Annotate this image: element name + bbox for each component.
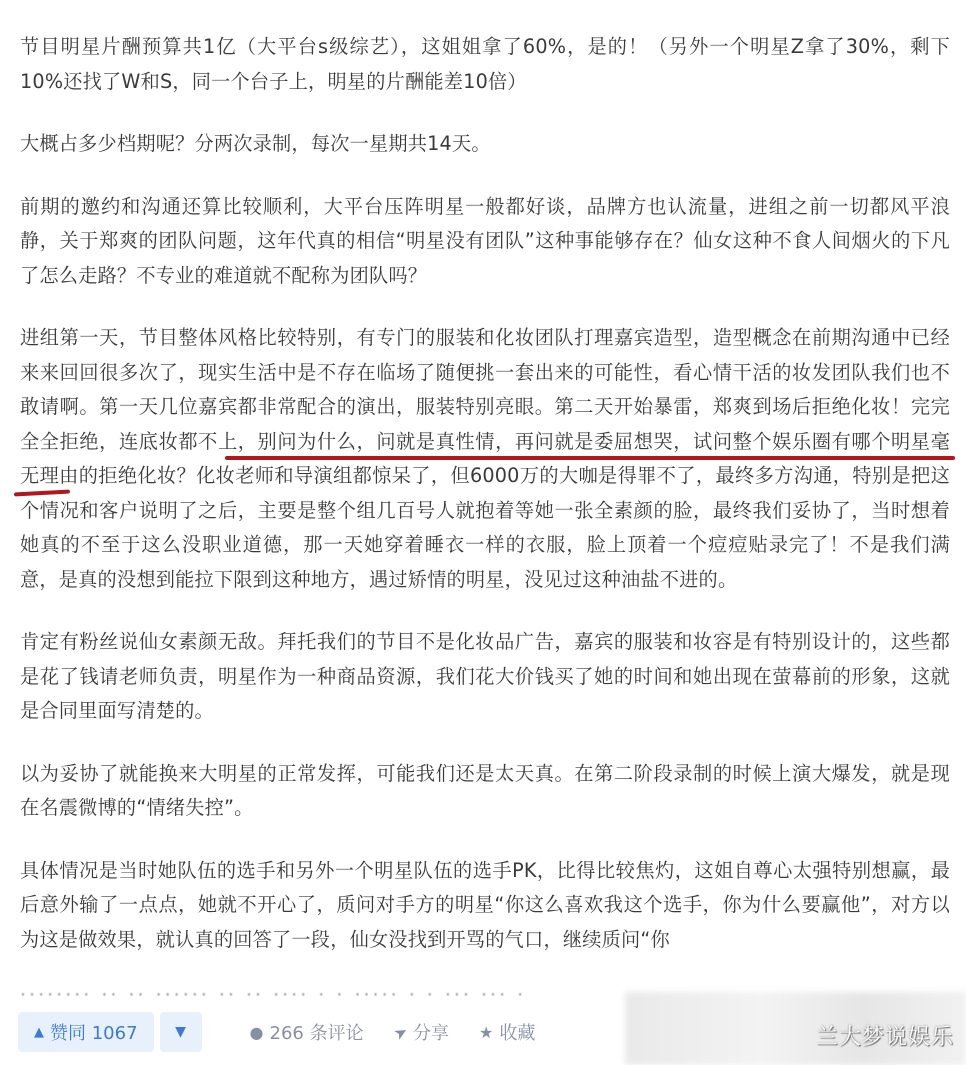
red-underline-annotation [225, 456, 955, 460]
upvote-label: 赞同 1067 [50, 1019, 138, 1045]
paragraph-text-after: ，试问整个娱乐圈有哪个明星毫无理由的拒绝化妆？化妆老师和导演组都惊呆了，但600… [20, 430, 950, 591]
share-button[interactable]: ➤ 分享 [394, 1019, 449, 1045]
comment-bubble-icon: ● [250, 1023, 264, 1042]
star-icon: ★ [479, 1023, 493, 1042]
paragraph-text-before: 进组第一天，节目整体风格比较特别，有专门的服装和化妆团队打理嘉宾造型，造型概念在… [20, 326, 950, 418]
upvote-button[interactable]: ▲ 赞同 1067 [18, 1012, 154, 1052]
comment-button[interactable]: ● 266 条评论 [250, 1019, 364, 1045]
paragraph-outburst: 以为妥协了就能换来大明星的正常发挥，可能我们还是太天真。在第二阶段录制的时候上演… [20, 757, 950, 826]
favorite-label: 收藏 [499, 1019, 535, 1045]
downvote-button[interactable]: ▼ [160, 1012, 202, 1052]
answer-content: 节目明星片酬预算共1亿（大平台s级综艺），这姐姐拿了60%，是的！（另外一个明星… [20, 30, 950, 985]
watermark: 兰大梦说娱乐 [816, 1020, 954, 1051]
paragraph-budget: 节目明星片酬预算共1亿（大平台s级综艺），这姐姐拿了60%，是的！（另外一个明星… [20, 30, 950, 99]
upvote-arrow-icon: ▲ [34, 1025, 44, 1040]
paragraph-pk: 具体情况是当时她队伍的选手和另外一个明星队伍的选手PK，比得比较焦灼，这姐自尊心… [20, 854, 950, 958]
downvote-arrow-icon: ▼ [175, 1024, 186, 1040]
paragraph-team: 前期的邀约和沟通还算比较顺利，大平台压阵明星一般都好谈，品牌方也认流量，进组之前… [20, 190, 950, 294]
paragraph-schedule: 大概占多少档期呢？分两次录制，每次一星期共14天。 [20, 127, 950, 162]
paragraph-makeup: 肯定有粉丝说仙女素颜无敌。拜托我们的节目不是化妆品广告，嘉宾的服装和妆容是有特别… [20, 625, 950, 729]
favorite-button[interactable]: ★ 收藏 [479, 1019, 535, 1045]
share-paper-plane-icon: ➤ [390, 1020, 411, 1043]
truncated-text-line: ········ ·· ·· ······ ·· ·· ···· · · ···… [20, 990, 620, 1000]
share-label: 分享 [413, 1019, 449, 1045]
comment-count-label: 266 条评论 [270, 1019, 364, 1045]
